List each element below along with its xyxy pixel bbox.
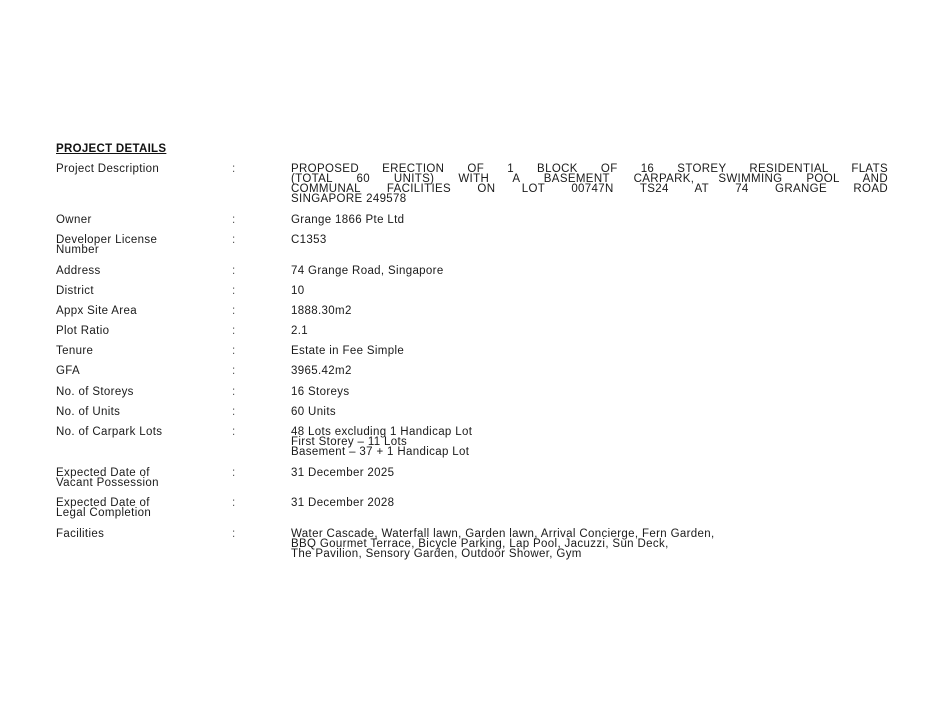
- label-line: Number: [56, 245, 216, 255]
- value-line: Basement – 37 + 1 Handicap Lot: [291, 447, 888, 457]
- value: Estate in Fee Simple: [291, 346, 888, 356]
- label-line: Vacant Possession: [56, 478, 216, 488]
- colon: :: [232, 306, 236, 316]
- value-line: C1353: [291, 235, 888, 245]
- colon: :: [232, 387, 236, 397]
- value-line: 60 Units: [291, 407, 888, 417]
- colon: :: [232, 427, 236, 437]
- value: 31 December 2028: [291, 498, 888, 508]
- value-line: The Pavilion, Sensory Garden, Outdoor Sh…: [291, 549, 888, 559]
- colon: :: [232, 164, 236, 174]
- label: No. of Storeys: [56, 387, 216, 397]
- value: 31 December 2025: [291, 468, 888, 478]
- label: Address: [56, 266, 216, 276]
- value: 3965.42m2: [291, 366, 888, 376]
- section-title: PROJECT DETAILS: [56, 143, 166, 155]
- label: Expected Date of Legal Completion: [56, 498, 216, 518]
- value: Water Cascade, Waterfall lawn, Garden la…: [291, 529, 888, 559]
- colon: :: [232, 346, 236, 356]
- value: 1888.30m2: [291, 306, 888, 316]
- label: District: [56, 286, 216, 296]
- label: Tenure: [56, 346, 216, 356]
- value-line: Grange 1866 Pte Ltd: [291, 215, 888, 225]
- label: Plot Ratio: [56, 326, 216, 336]
- label: Appx Site Area: [56, 306, 216, 316]
- colon: :: [232, 215, 236, 225]
- label: Expected Date of Vacant Possession: [56, 468, 216, 488]
- value: Grange 1866 Pte Ltd: [291, 215, 888, 225]
- label-line: Legal Completion: [56, 508, 216, 518]
- colon: :: [232, 326, 236, 336]
- label: GFA: [56, 366, 216, 376]
- label: Developer License Number: [56, 235, 216, 255]
- colon: :: [232, 468, 236, 478]
- value: 10: [291, 286, 888, 296]
- value: C1353: [291, 235, 888, 245]
- value-line: 10: [291, 286, 888, 296]
- label: No. of Units: [56, 407, 216, 417]
- colon: :: [232, 286, 236, 296]
- value-line: 74 Grange Road, Singapore: [291, 266, 888, 276]
- colon: :: [232, 407, 236, 417]
- value: 74 Grange Road, Singapore: [291, 266, 888, 276]
- value-line: 2.1: [291, 326, 888, 336]
- label: Facilities: [56, 529, 216, 539]
- value-line: 1888.30m2: [291, 306, 888, 316]
- value-line: 31 December 2028: [291, 498, 888, 508]
- value-line: 31 December 2025: [291, 468, 888, 478]
- label: Project Description: [56, 164, 216, 174]
- value-line: 3965.42m2: [291, 366, 888, 376]
- value-line: SINGAPORE 249578: [291, 194, 888, 204]
- colon: :: [232, 235, 236, 245]
- label: No. of Carpark Lots: [56, 427, 216, 437]
- value: 60 Units: [291, 407, 888, 417]
- colon: :: [232, 529, 236, 539]
- value: 16 Storeys: [291, 387, 888, 397]
- value: PROPOSED ERECTION OF 1 BLOCK OF 16 STORE…: [291, 164, 888, 204]
- document-page: PROJECT DETAILS Project Description : PR…: [0, 0, 943, 717]
- label: Owner: [56, 215, 216, 225]
- value: 2.1: [291, 326, 888, 336]
- value-line: 16 Storeys: [291, 387, 888, 397]
- colon: :: [232, 266, 236, 276]
- colon: :: [232, 498, 236, 508]
- colon: :: [232, 366, 236, 376]
- value-line: Estate in Fee Simple: [291, 346, 888, 356]
- value: 48 Lots excluding 1 Handicap Lot First S…: [291, 427, 888, 457]
